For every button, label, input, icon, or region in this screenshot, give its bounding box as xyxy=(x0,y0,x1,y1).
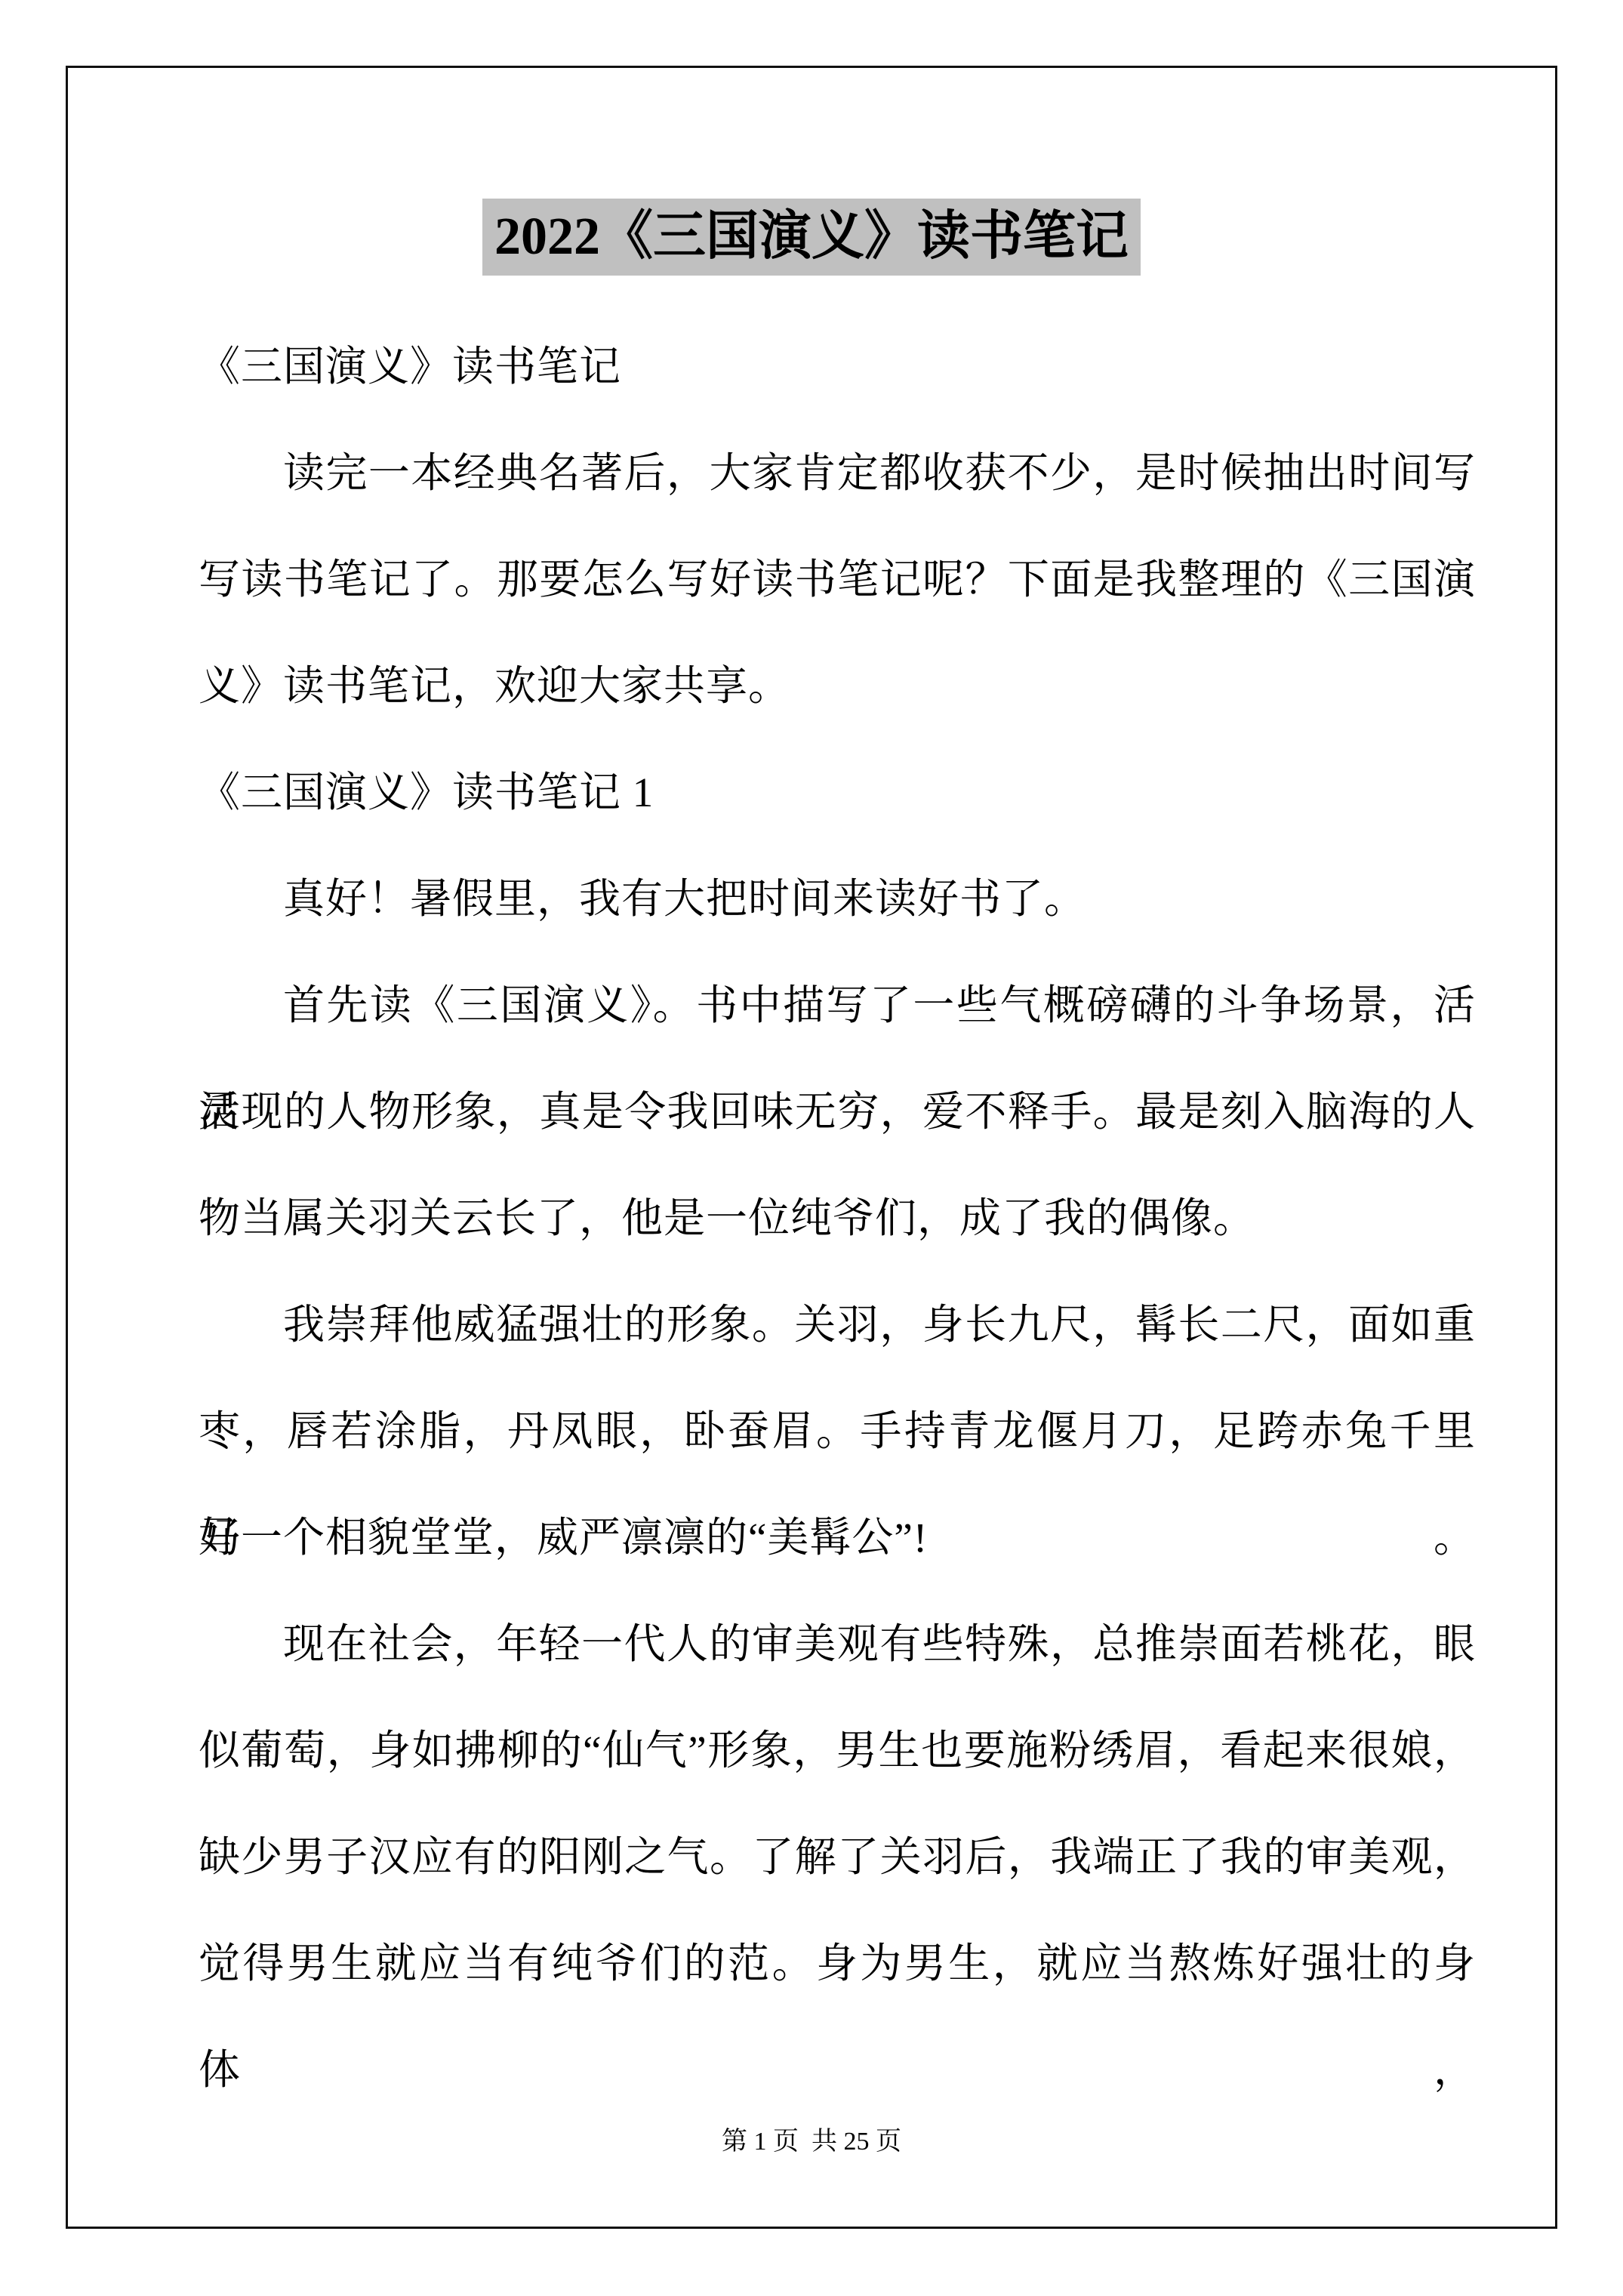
body-line: 首先读《三国演义》。书中描写了一些气概磅礴的斗争场景，活灵 xyxy=(199,952,1476,1059)
body-line: 《三国演义》读书笔记 xyxy=(199,313,1476,420)
page-border: 2022《三国演义》读书笔记 《三国演义》读书笔记读完一本经典名著后，大家肯定都… xyxy=(66,66,1557,2229)
body-line: 枣，唇若涂脂，丹凤眼，卧蚕眉。手持青龙偃月刀，足跨赤兔千里马。 xyxy=(199,1378,1476,1484)
page-title: 2022《三国演义》读书笔记 xyxy=(482,199,1141,276)
body-line: 觉得男生就应当有纯爷们的范。身为男生，就应当熬炼好强壮的身体， xyxy=(199,1910,1476,2017)
body-line: 真好！暑假里，我有大把时间来读好书了。 xyxy=(199,846,1476,952)
body-line: 现在社会，年轻一代人的审美观有些特殊，总推崇面若桃花，眼 xyxy=(199,1591,1476,1697)
body-line: 缺少男子汉应有的阳刚之气。了解了关羽后，我端正了我的审美观， xyxy=(199,1804,1476,1910)
document-page: 2022《三国演义》读书笔记 《三国演义》读书笔记读完一本经典名著后，大家肯定都… xyxy=(0,0,1623,2296)
body-line: 义》读书笔记，欢迎大家共享。 xyxy=(199,633,1476,739)
body-line: 写读书笔记了。那要怎么写好读书笔记呢？下面是我整理的《三国演 xyxy=(199,526,1476,633)
body-line: 似葡萄，身如拂柳的“仙气”形象，男生也要施粉绣眉，看起来很娘， xyxy=(199,1697,1476,1804)
body-line: 《三国演义》读书笔记 1 xyxy=(199,739,1476,846)
body-line: 活现的人物形象，真是令我回味无穷，爱不释手。最是刻入脑海的人 xyxy=(199,1059,1476,1165)
title-row: 2022《三国演义》读书笔记 xyxy=(68,199,1555,276)
page-footer: 第 1 页 共 25 页 xyxy=(68,2120,1555,2157)
body-line: 我崇拜他威猛强壮的形象。关羽，身长九尺，髯长二尺，面如重 xyxy=(199,1271,1476,1378)
body-line: 物当属关羽关云长了，他是一位纯爷们，成了我的偶像。 xyxy=(199,1165,1476,1271)
document-body: 《三国演义》读书笔记读完一本经典名著后，大家肯定都收获不少，是时候抽出时间写写读… xyxy=(199,313,1476,2017)
body-line: 读完一本经典名著后，大家肯定都收获不少，是时候抽出时间写 xyxy=(199,420,1476,526)
